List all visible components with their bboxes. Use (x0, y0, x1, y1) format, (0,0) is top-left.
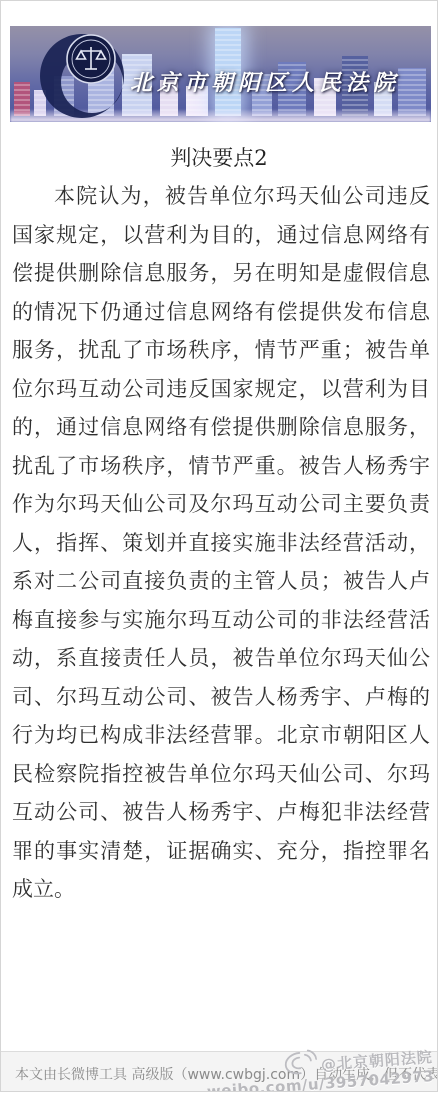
weibo-watermark: @北京朝阳法院 weibo.com/u/3957042973 (205, 1039, 435, 1092)
judgment-paragraph: 本院认为，被告单位尔玛天仙公司违反国家规定，以营利为目的，通过信息网络有偿提供删… (12, 177, 430, 909)
building-shape (398, 68, 426, 116)
weibo-icon (280, 1047, 318, 1077)
court-banner-image: 北京市朝阳区人民法院 (10, 26, 431, 122)
longweibo-page: 北京市朝阳区人民法院 判决要点2 本院认为，被告单位尔玛天仙公司违反国家规定，以… (0, 0, 438, 1092)
court-crescent-emblem-icon (16, 26, 146, 122)
judgment-title: 判决要点2 (1, 142, 437, 172)
court-name-title: 北京市朝阳区人民法院 (130, 66, 400, 97)
